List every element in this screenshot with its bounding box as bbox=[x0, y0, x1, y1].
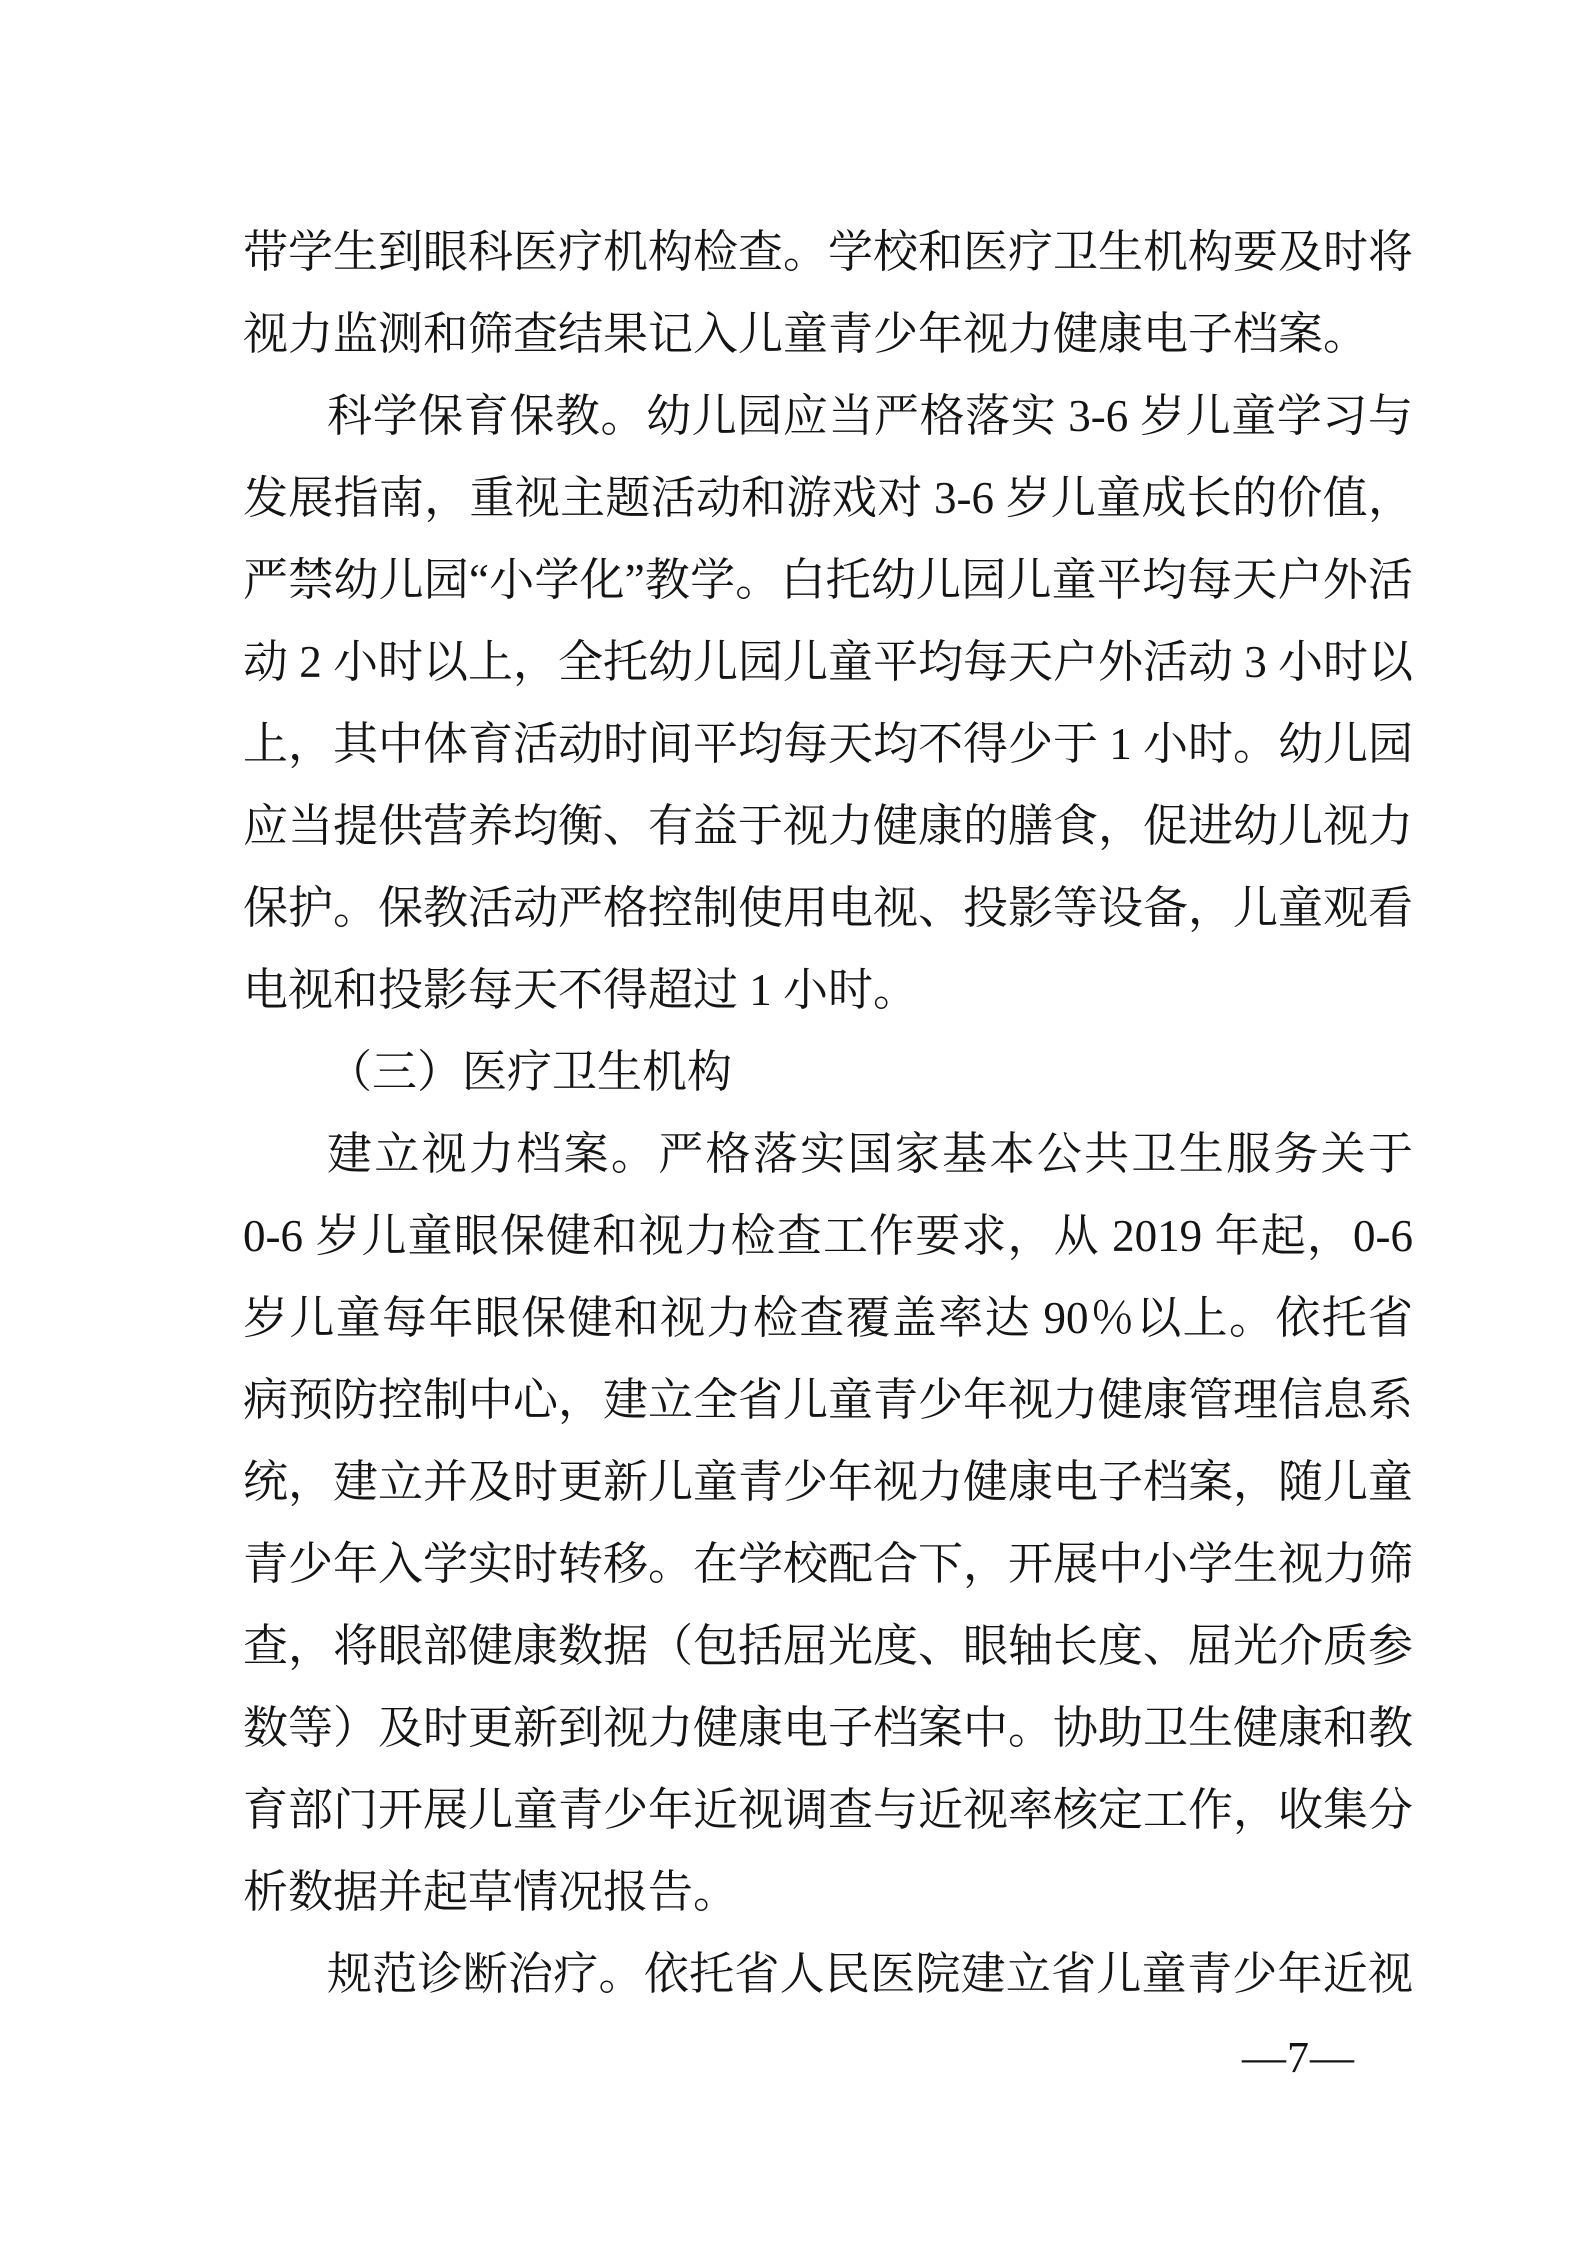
para-vision-archives-line-10: 析数据并起草情况报告。 bbox=[243, 1851, 1413, 1933]
para-kindergarten-care-line-6: 应当提供营养均衡、有益于视力健康的膳食，促进幼儿视力 bbox=[243, 785, 1413, 867]
para-vision-archives-line-5: 统，建立并及时更新儿童青少年视力健康电子档案，随儿童 bbox=[243, 1441, 1413, 1523]
para-vision-archives-line-6: 青少年入学实时转移。在学校配合下，开展中小学生视力筛 bbox=[243, 1523, 1413, 1605]
para-vision-monitoring-line-2: 视力监测和筛查结果记入儿童青少年视力健康电子档案。 bbox=[243, 293, 1413, 375]
para-kindergarten-care-line-8: 电视和投影每天不得超过 1 小时。 bbox=[243, 949, 1413, 1031]
para-vision-archives-line-9: 育部门开展儿童青少年近视调查与近视率核定工作，收集分 bbox=[243, 1769, 1413, 1851]
para-vision-archives-line-7: 查，将眼部健康数据（包括屈光度、眼轴长度、屈光介质参 bbox=[243, 1605, 1413, 1687]
para-vision-archives-line-1: 建立视力档案。严格落实国家基本公共卫生服务关于 bbox=[243, 1113, 1413, 1195]
document-page: 带学生到眼科医疗机构检查。学校和医疗卫生机构要及时将视力监测和筛查结果记入儿童青… bbox=[0, 0, 1587, 2245]
para-kindergarten-care-line-3: 严禁幼儿园“小学化”教学。白托幼儿园儿童平均每天户外活 bbox=[243, 539, 1413, 621]
para-diagnosis-treatment-line-1: 规范诊断治疗。依托省人民医院建立省儿童青少年近视 bbox=[243, 1933, 1413, 2015]
heading-medical-institutions-line-1: （三）医疗卫生机构 bbox=[243, 1031, 1413, 1113]
para-vision-monitoring-line-1: 带学生到眼科医疗机构检查。学校和医疗卫生机构要及时将 bbox=[243, 211, 1413, 293]
para-kindergarten-care-line-5: 上，其中体育活动时间平均每天均不得少于 1 小时。幼儿园 bbox=[243, 703, 1413, 785]
para-vision-archives-line-8: 数等）及时更新到视力健康电子档案中。协助卫生健康和教 bbox=[243, 1687, 1413, 1769]
para-kindergarten-care-line-4: 动 2 小时以上，全托幼儿园儿童平均每天户外活动 3 小时以 bbox=[243, 621, 1413, 703]
para-kindergarten-care-line-2: 发展指南，重视主题活动和游戏对 3-6 岁儿童成长的价值， bbox=[243, 457, 1413, 539]
para-vision-archives-line-2: 0-6 岁儿童眼保健和视力检查工作要求，从 2019 年起，0-6 bbox=[243, 1195, 1413, 1277]
para-vision-archives-line-3: 岁儿童每年眼保健和视力检查覆盖率达 90％以上。依托省疾 bbox=[243, 1277, 1413, 1359]
document-body: 带学生到眼科医疗机构检查。学校和医疗卫生机构要及时将视力监测和筛查结果记入儿童青… bbox=[243, 211, 1413, 2015]
para-vision-archives-line-4: 病预防控制中心，建立全省儿童青少年视力健康管理信息系 bbox=[243, 1359, 1413, 1441]
para-kindergarten-care-line-1: 科学保育保教。幼儿园应当严格落实 3-6 岁儿童学习与 bbox=[243, 375, 1413, 457]
para-kindergarten-care-line-7: 保护。保教活动严格控制使用电视、投影等设备，儿童观看 bbox=[243, 867, 1413, 949]
page-number: —7— bbox=[1242, 2026, 1355, 2090]
